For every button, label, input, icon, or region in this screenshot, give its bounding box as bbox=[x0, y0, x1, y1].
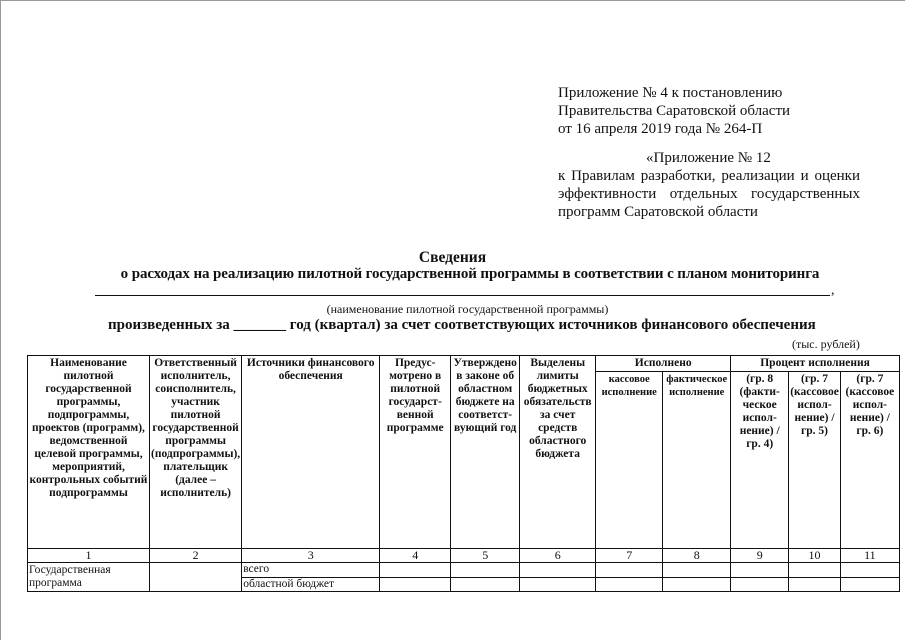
header-executed-group: Исполнено bbox=[596, 356, 731, 372]
header-percent-8-4: (гр. 8 (факти-ческое испол-нение) / гр. … bbox=[731, 372, 789, 549]
value-cell[interactable] bbox=[380, 563, 451, 578]
column-number: 4 bbox=[380, 549, 451, 563]
appendix-rules-heading: «Приложение № 12 bbox=[558, 149, 860, 167]
header-approved: Утверждено в законе об областном бюджете… bbox=[451, 356, 520, 549]
appendix-header: Приложение № 4 к постановлению Правитель… bbox=[558, 84, 862, 138]
appendix-rules-text: к Правилам разработки, реализации и оцен… bbox=[558, 167, 860, 203]
appendix-line: Приложение № 4 к постановлению bbox=[558, 84, 862, 102]
column-number: 10 bbox=[789, 549, 841, 563]
value-cell[interactable] bbox=[451, 577, 520, 592]
executor-cell[interactable] bbox=[150, 563, 242, 592]
header-funding-sources: Источники финансового обеспечения bbox=[242, 356, 380, 549]
report-title: Сведения bbox=[0, 249, 905, 267]
program-name-cell[interactable]: Государственная программа bbox=[28, 563, 150, 592]
appendix-rules-header: «Приложение № 12 к Правилам разработки, … bbox=[558, 149, 860, 221]
page-edge-top bbox=[0, 0, 905, 1]
column-numbers-row: 1 2 3 4 5 6 7 8 9 10 11 bbox=[28, 549, 900, 563]
trailing-comma: , bbox=[831, 283, 835, 299]
column-number: 9 bbox=[731, 549, 789, 563]
header-percent-7-5: (гр. 7 (кассовое испол-нение) / гр. 5) bbox=[789, 372, 841, 549]
appendix-line: Правительства Саратовской области bbox=[558, 102, 862, 120]
program-name-caption: (наименование пилотной государственной п… bbox=[0, 302, 905, 317]
appendix-line: от 16 апреля 2019 года № 264-П bbox=[558, 120, 862, 138]
column-number: 6 bbox=[520, 549, 596, 563]
value-cell[interactable] bbox=[663, 577, 731, 592]
period-line: произведенных за _______ год (квартал) з… bbox=[108, 317, 816, 334]
header-limits: Выделены лимиты бюджетных обязательств з… bbox=[520, 356, 596, 549]
expenses-table: Наименование пилотной государственной пр… bbox=[27, 355, 900, 592]
header-percent-7-6: (гр. 7 (кассовое испол-нение) / гр. 6) bbox=[840, 372, 899, 549]
value-cell[interactable] bbox=[840, 577, 899, 592]
column-number: 3 bbox=[242, 549, 380, 563]
program-name-field[interactable] bbox=[95, 295, 830, 296]
funding-source-cell: всего bbox=[242, 563, 380, 578]
period-prefix: произведенных за bbox=[108, 317, 230, 333]
value-cell[interactable] bbox=[731, 577, 789, 592]
value-cell[interactable] bbox=[380, 577, 451, 592]
column-number: 2 bbox=[150, 549, 242, 563]
column-number: 5 bbox=[451, 549, 520, 563]
header-executor: Ответственный исполнитель, соисполнитель… bbox=[150, 356, 242, 549]
funding-source-cell: областной бюджет bbox=[242, 577, 380, 592]
value-cell[interactable] bbox=[520, 577, 596, 592]
period-blank[interactable]: _______ bbox=[234, 317, 287, 333]
header-actual-execution: фактическое исполнение bbox=[663, 372, 731, 549]
report-subtitle: о расходах на реализацию пилотной госуда… bbox=[100, 266, 840, 283]
table-row: Государственная программа всего bbox=[28, 563, 900, 578]
value-cell[interactable] bbox=[596, 577, 663, 592]
value-cell[interactable] bbox=[731, 563, 789, 578]
column-number: 8 bbox=[663, 549, 731, 563]
value-cell[interactable] bbox=[596, 563, 663, 578]
units-label: (тыс. рублей) bbox=[792, 337, 860, 352]
value-cell[interactable] bbox=[520, 563, 596, 578]
page-edge-left bbox=[0, 0, 1, 640]
header-program-name: Наименование пилотной государственной пр… bbox=[28, 356, 150, 549]
column-number: 7 bbox=[596, 549, 663, 563]
value-cell[interactable] bbox=[663, 563, 731, 578]
column-number: 11 bbox=[840, 549, 899, 563]
value-cell[interactable] bbox=[789, 577, 841, 592]
value-cell[interactable] bbox=[789, 563, 841, 578]
header-planned: Предус-мотрено в пилотной государст-венн… bbox=[380, 356, 451, 549]
column-number: 1 bbox=[28, 549, 150, 563]
header-percent-group: Процент исполнения bbox=[731, 356, 900, 372]
appendix-rules-last-line: программ Саратовской области bbox=[558, 203, 860, 221]
period-suffix: год (квартал) за счет соответствующих ис… bbox=[290, 317, 816, 333]
value-cell[interactable] bbox=[840, 563, 899, 578]
header-cash-execution: кассовое исполнение bbox=[596, 372, 663, 549]
value-cell[interactable] bbox=[451, 563, 520, 578]
